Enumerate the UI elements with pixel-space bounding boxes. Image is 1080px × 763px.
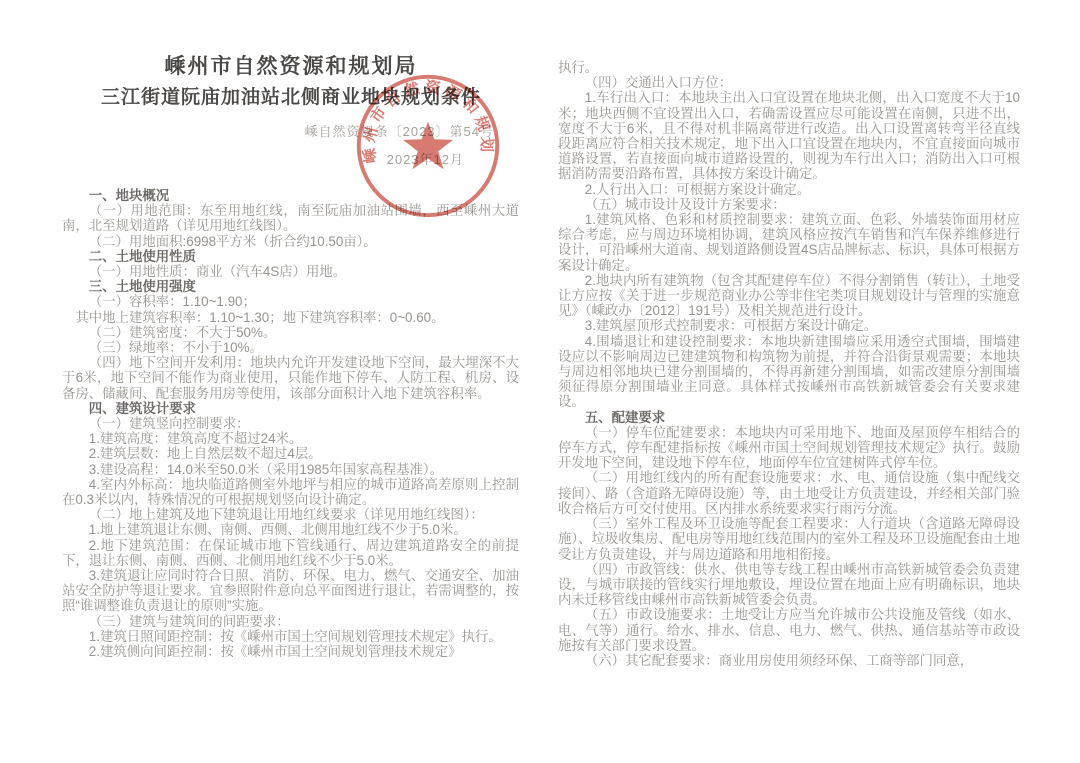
paragraph: 1.车行出入口：本地块主出入口宜设置在地块北侧，出入口宽度不大于10米；地块西侧…	[558, 90, 1020, 181]
paragraph: （二）建筑密度：不大于50%。	[62, 325, 519, 340]
document-title: 三江街道阮庙加油站北侧商业地块规划条件	[30, 86, 552, 110]
paragraph: 3.建设高程：14.0米至50.0米（采用1985年国家高程基准）。	[62, 462, 519, 477]
paragraph: 2.地下建筑范围：在保证城市地下管线通行、周边建筑道路安全的前提下，退让东侧、南…	[62, 538, 519, 568]
paragraph: （三）室外工程及环卫设施等配套工程要求：人行道块（含道路无障碍设施）、垃圾收集房…	[558, 516, 1020, 562]
paragraph: 2.建筑层数：地上自然层数不超过4层。	[62, 446, 519, 461]
document-header: 嵊州市自然资源和规划局 三江街道阮庙加油站北侧商业地块规划条件 嵊自然资规条〔2…	[30, 54, 552, 168]
paragraph: （三）建筑与建筑间的间距要求：	[62, 614, 519, 629]
section-heading: 五、配建要求	[558, 410, 1020, 425]
paragraph: （四）市政管线：供水、供电等专线工程由嵊州市高铁新城管委会负责建设，与城市联接的…	[558, 562, 1020, 608]
paragraph: 2.建筑侧向间距控制：按《嵊州市国土空间规划管理技术规定》	[62, 644, 519, 659]
paragraph: （二）用地红线内的所有配套设施要求：水、电、通信设施（集中配线交接间）、路（含道…	[558, 470, 1020, 516]
paragraph: 1.建筑风格、色彩和材质控制要求：建筑立面、色彩、外墙装饰面用材应综合考虑，应与…	[558, 212, 1020, 273]
section-heading: 四、建筑设计要求	[62, 401, 519, 416]
section-heading: 三、土地使用强度	[62, 279, 519, 294]
document-date: 2023年12月	[30, 149, 552, 168]
paragraph: 其中地上建筑容积率：1.10~1.30；地下建筑容积率：0~0.60。	[62, 310, 519, 325]
paragraph: （四）地下空间开发利用：地块内允许开发建设地下空间，最大埋深不大于6米，地下空间…	[62, 355, 519, 401]
org-title: 嵊州市自然资源和规划局	[30, 54, 552, 80]
paragraph: （二）地上建筑及地下建筑退让用地红线要求（详见用地红线图）：	[62, 507, 519, 522]
paragraph: （一）容积率：1.10~1.90；	[62, 294, 519, 309]
scanned-document-page: 嵊州市自然资源和规划局 三江街道阮庙加油站北侧商业地块规划条件 嵊自然资规条〔2…	[0, 0, 1080, 763]
paragraph: （一）用地范围：东至用地红线，南至阮庙加油站围墙，西至嵊州大道南，北至规划道路（…	[62, 203, 519, 233]
paragraph: （五）城市设计及设计方案要求：	[558, 197, 1020, 212]
paragraph: 3.建筑退让应同时符合日照、消防、环保、电力、燃气、交通安全、加油站安全防护等退…	[62, 568, 519, 614]
paragraph: （一）建筑竖向控制要求：	[62, 416, 519, 431]
paragraph: （六）其它配套要求：商业用房使用须经环保、工商等部门同意，	[558, 653, 1020, 668]
right-column: 执行。（四）交通出入口方位：1.车行出入口：本地块主出入口宜设置在地块北侧，出入…	[558, 60, 1020, 668]
left-column: 一、地块概况（一）用地范围：东至用地红线，南至阮庙加油站围墙，西至嵊州大道南，北…	[62, 188, 519, 659]
paragraph: 2.地块内所有建筑物（包含其配建停车位）不得分割销售（转让），土地受让方应按《关…	[558, 273, 1020, 319]
paragraph: 4.室内外标高：地块临道路侧室外地坪与相应的城市道路高差原则上控制在0.3米以内…	[62, 477, 519, 507]
paragraph: （一）用地性质：商业（汽车4S店）用地。	[62, 264, 519, 279]
paragraph: （三）绿地率：不小于10%。	[62, 340, 519, 355]
document-number: 嵊自然资规条〔2023〕第54号	[30, 121, 552, 140]
paragraph: 1.地上建筑退让东侧、南侧、西侧、北侧用地红线不少于5.0米。	[62, 522, 519, 537]
paragraph: 4.围墙退让和建设控制要求：本地块新建围墙应采用透空式围墙，围墙建设应以不影响周…	[558, 334, 1020, 410]
paragraph: 1.建筑高度：建筑高度不超过24米。	[62, 431, 519, 446]
paragraph: 3.建筑屋顶形式控制要求：可根据方案设计确定。	[558, 318, 1020, 333]
section-heading: 一、地块概况	[62, 188, 519, 203]
paragraph: 1.建筑日照间距控制：按《嵊州市国土空间规划管理技术规定》执行。	[62, 629, 519, 644]
paragraph: 执行。	[558, 60, 1020, 75]
section-heading: 二、土地使用性质	[62, 249, 519, 264]
paragraph: （一）停车位配建要求：本地块内可采用地下、地面及屋顶停车相结合的停车方式，停车配…	[558, 425, 1020, 471]
paragraph: （四）交通出入口方位：	[558, 75, 1020, 90]
paragraph: （五）市政设施要求：土地受让方应当允许城市公共设施及管线（如水、电、气等）通行。…	[558, 607, 1020, 653]
paragraph: 2.人行出入口：可根据方案设计确定。	[558, 182, 1020, 197]
paragraph: （二）用地面积:6998平方米（折合约10.50亩）。	[62, 234, 519, 249]
